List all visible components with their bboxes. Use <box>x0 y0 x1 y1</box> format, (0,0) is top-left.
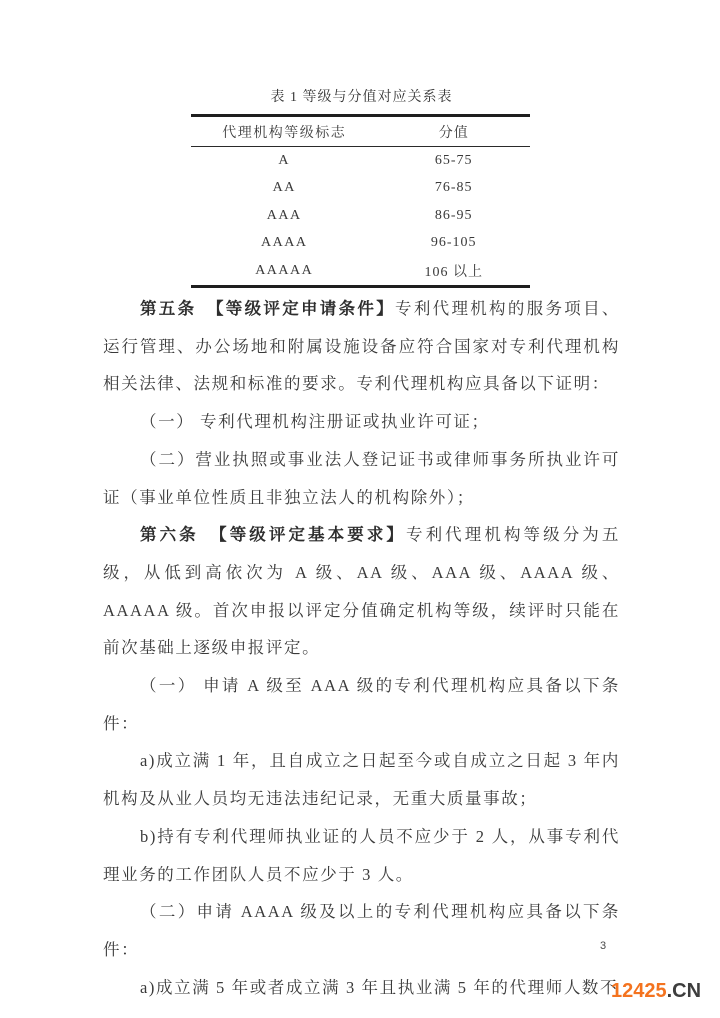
paragraph-text: a)成立满 1 年，且自成立之日起至今或自成立之日起 3 年内机构及从业人员均无… <box>103 751 620 808</box>
article-6-heading: 第六条 【等级评定基本要求】 <box>140 525 406 544</box>
paragraph-condition-1a: a)成立满 1 年，且自成立之日起至今或自成立之日起 3 年内机构及从业人员均无… <box>103 742 620 817</box>
grade-cell: AAA <box>191 208 377 224</box>
table-row: AAAAA 106 以上 <box>191 257 530 285</box>
paragraph-text: （一） 申请 A 级至 AAA 级的专利代理机构应具备以下条件： <box>103 676 620 733</box>
score-cell: 76-85 <box>377 180 530 196</box>
paragraph-condition-2: （二）申请 AAAA 级及以上的专利代理机构应具备以下条件： <box>103 893 620 968</box>
paragraph-condition-1b: b)持有专利代理师执业证的人员不应少于 2 人，从事专利代理业务的工作团队人员不… <box>103 818 620 893</box>
table-header-score: 分值 <box>377 122 530 142</box>
table-header-grade: 代理机构等级标志 <box>191 122 377 142</box>
document-body: 第五条 【等级评定申请条件】专利代理机构的服务项目、运行管理、办公场地和附属设施… <box>103 290 620 1006</box>
table-header-row: 代理机构等级标志 分值 <box>191 117 530 147</box>
grade-score-table: 代理机构等级标志 分值 A 65-75 AA 76-85 AAA 86-95 A… <box>191 114 530 288</box>
table-caption: 表 1 等级与分值对应关系表 <box>103 86 620 106</box>
paragraph-text: （二）申请 AAAA 级及以上的专利代理机构应具备以下条件： <box>103 902 620 959</box>
score-cell: 96-105 <box>377 235 530 251</box>
score-cell: 86-95 <box>377 208 530 224</box>
table-row: AAAA 96-105 <box>191 230 530 258</box>
watermark-brand: 12425 <box>611 980 667 1002</box>
table-row: AAA 86-95 <box>191 202 530 230</box>
grade-cell: AA <box>191 180 377 196</box>
paragraph-condition-1: （一） 申请 A 级至 AAA 级的专利代理机构应具备以下条件： <box>103 667 620 742</box>
paragraph-text: a)成立满 5 年或者成立满 3 年且执业满 5 年的代理师人数不 <box>140 978 618 997</box>
paragraph-text: b)持有专利代理师执业证的人员不应少于 2 人，从事专利代理业务的工作团队人员不… <box>103 827 620 884</box>
watermark-suffix: .CN <box>667 980 701 1002</box>
table-row: A 65-75 <box>191 147 530 175</box>
site-watermark: 12425.CN <box>611 981 701 1001</box>
paragraph-article-6: 第六条 【等级评定基本要求】专利代理机构等级分为五级，从低到高依次为 A 级、A… <box>103 516 620 667</box>
page-number: 3 <box>600 940 606 952</box>
paragraph-item-1: （一） 专利代理机构注册证或执业许可证； <box>103 403 620 441</box>
paragraph-article-5: 第五条 【等级评定申请条件】专利代理机构的服务项目、运行管理、办公场地和附属设施… <box>103 290 620 403</box>
grade-cell: AAAAA <box>191 263 377 279</box>
score-cell: 65-75 <box>377 153 530 169</box>
grade-cell: AAAA <box>191 235 377 251</box>
paragraph-item-2: （二）营业执照或事业法人登记证书或律师事务所执业许可证（事业单位性质且非独立法人… <box>103 441 620 516</box>
document-page: 表 1 等级与分值对应关系表 代理机构等级标志 分值 A 65-75 AA 76… <box>0 0 720 1018</box>
score-cell: 106 以上 <box>377 261 530 281</box>
paragraph-text: （二）营业执照或事业法人登记证书或律师事务所执业许可证（事业单位性质且非独立法人… <box>103 450 620 507</box>
paragraph-condition-2a: a)成立满 5 年或者成立满 3 年且执业满 5 年的代理师人数不 <box>103 969 620 1007</box>
paragraph-text: 专利代理机构等级分为五级，从低到高依次为 A 级、AA 级、AAA 级、AAAA… <box>103 525 620 657</box>
article-5-heading: 第五条 【等级评定申请条件】 <box>140 299 395 318</box>
grade-cell: A <box>191 153 377 169</box>
paragraph-text: （一） 专利代理机构注册证或执业许可证； <box>140 412 490 431</box>
table-row: AA 76-85 <box>191 175 530 203</box>
